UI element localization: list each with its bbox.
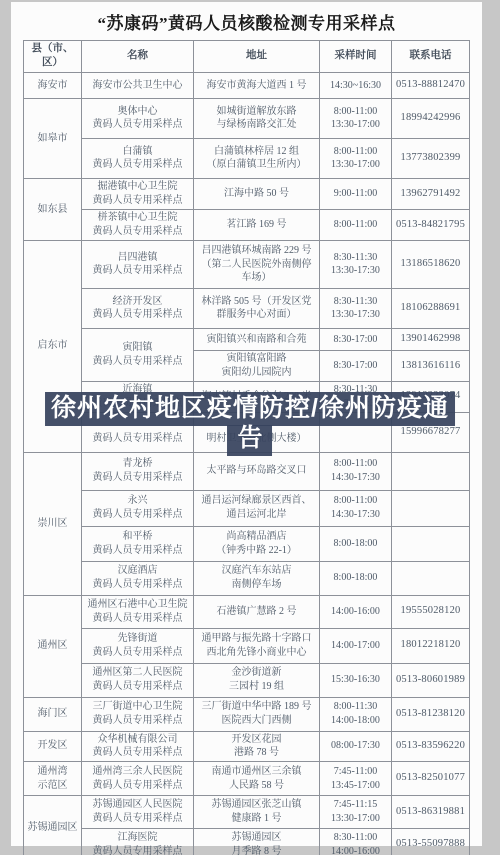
table-row: 海安市海安市公共卫生中心海安市黄海大道西 1 号14:30~16:300513-… — [24, 72, 470, 98]
time-cell: 8:30-11:3013:30-17:30 — [320, 240, 392, 288]
phone-cell: 0513-81238120 — [392, 697, 470, 731]
time-cell: 8:00-11:00 — [320, 209, 392, 240]
watermark-banner: 徐州农村地区疫情防控/徐州防疫通 告 — [45, 392, 455, 456]
address-cell: 江海中路 50 号 — [194, 178, 320, 209]
table-row: 和平桥黄码人员专用采样点尚高精品酒店（钟秀中路 22-1）8:00-18:00 — [24, 526, 470, 561]
table-row: 通州区第二人民医院黄码人员专用采样点金沙街道新三园村 19 组15:30-16:… — [24, 663, 470, 697]
table-row: 栟茶镇中心卫生院黄码人员专用采样点茗江路 169 号8:00-11:000513… — [24, 209, 470, 240]
address-cell: 三厂街道中华中路 189 号医院西大门西侧 — [194, 697, 320, 731]
phone-cell: 0513-55097888 — [392, 829, 470, 855]
county-cell: 通州湾示范区 — [24, 762, 82, 796]
address-cell: 金沙街道新三园村 19 组 — [194, 663, 320, 697]
county-cell: 如皋市 — [24, 98, 82, 178]
table-body: 海安市海安市公共卫生中心海安市黄海大道西 1 号14:30~16:300513-… — [24, 72, 470, 855]
address-cell: 太平路与环岛路交叉口 — [194, 452, 320, 490]
address-cell: 南通市通州区三余镇人民路 58 号 — [194, 762, 320, 796]
address-cell: 石港镇广慧路 2 号 — [194, 595, 320, 628]
table-row: 先锋街道黄码人员专用采样点通甲路与振先路十字路口西北角先锋小商业中心14:00-… — [24, 628, 470, 663]
table-row: 永兴黄码人员专用采样点通吕运河绿廊景区西首、通吕运河北岸8:00-11:0014… — [24, 490, 470, 526]
phone-cell: 19555028120 — [392, 595, 470, 628]
phone-cell: 0513-84821795 — [392, 209, 470, 240]
watermark-text-line2: 告 — [227, 425, 272, 457]
time-cell: 8:30-11:0014:00-16:00 — [320, 829, 392, 855]
phone-cell: 13813616116 — [392, 350, 470, 381]
address-cell: 茗江路 169 号 — [194, 209, 320, 240]
table-row: 江海医院黄码人员专用采样点苏锡通园区月季路 8 号8:30-11:0014:00… — [24, 829, 470, 855]
phone-cell — [392, 490, 470, 526]
site-name-cell: 奥体中心黄码人员专用采样点 — [82, 98, 194, 138]
page-title: “苏康码”黄码人员核酸检测专用采样点 — [11, 9, 482, 34]
table-row: 汉庭酒店黄码人员专用采样点汉庭汽车东站店南侧停车场8:00-18:00 — [24, 561, 470, 595]
phone-cell: 13901462998 — [392, 328, 470, 350]
address-cell: 通吕运河绿廊景区西首、通吕运河北岸 — [194, 490, 320, 526]
time-cell: 8:30-11:3013:30-17:30 — [320, 288, 392, 328]
address-cell: 尚高精品酒店（钟秀中路 22-1） — [194, 526, 320, 561]
time-cell: 8:00-11:0013:30-17:00 — [320, 138, 392, 178]
county-cell: 如东县 — [24, 178, 82, 240]
address-cell: 白蒲镇林梓居 12 组（原白蒲镇卫生所内） — [194, 138, 320, 178]
col-header-name: 名称 — [82, 41, 194, 73]
time-cell: 8:00-18:00 — [320, 526, 392, 561]
site-name-cell: 通州湾三余人民医院黄码人员专用采样点 — [82, 762, 194, 796]
col-header-time: 采样时间 — [320, 41, 392, 73]
col-header-phone: 联系电话 — [392, 41, 470, 73]
site-name-cell: 海安市公共卫生中心 — [82, 72, 194, 98]
time-cell: 8:00-18:00 — [320, 561, 392, 595]
time-cell: 8:00-11:0014:30-17:30 — [320, 452, 392, 490]
time-cell: 15:30-16:30 — [320, 663, 392, 697]
time-cell: 7:45-11:0013:45-17:00 — [320, 762, 392, 796]
address-cell: 寅阳镇富阳路寅阳幼儿园院内 — [194, 350, 320, 381]
address-cell: 吕四港镇环城南路 229 号（第二人民医院外南侧停车场） — [194, 240, 320, 288]
table-row: 苏锡通园区苏锡通园区人民医院黄码人员专用采样点苏锡通园区张芝山镇健康路 1 号7… — [24, 796, 470, 829]
table-row: 白蒲镇黄码人员专用采样点白蒲镇林梓居 12 组（原白蒲镇卫生所内）8:00-11… — [24, 138, 470, 178]
time-cell: 7:45-11:1513:30-17:00 — [320, 796, 392, 829]
site-name-cell: 通州区第二人民医院黄码人员专用采样点 — [82, 663, 194, 697]
site-name-cell: 江海医院黄码人员专用采样点 — [82, 829, 194, 855]
time-cell: 08:00-17:30 — [320, 731, 392, 762]
table-row: 启东市吕四港镇黄码人员专用采样点吕四港镇环城南路 229 号（第二人民医院外南侧… — [24, 240, 470, 288]
site-name-cell: 先锋街道黄码人员专用采样点 — [82, 628, 194, 663]
phone-cell: 0513-88812470 — [392, 72, 470, 98]
address-cell: 林洋路 505 号（开发区党群服务中心对面） — [194, 288, 320, 328]
time-cell: 8:00-11:0013:30-17:00 — [320, 98, 392, 138]
address-cell: 汉庭汽车东站店南侧停车场 — [194, 561, 320, 595]
county-cell: 海门区 — [24, 697, 82, 731]
site-name-cell: 和平桥黄码人员专用采样点 — [82, 526, 194, 561]
county-cell: 苏锡通园区 — [24, 796, 82, 855]
phone-cell: 13773802399 — [392, 138, 470, 178]
table-header-row: 县（市、区） 名称 地址 采样时间 联系电话 — [24, 41, 470, 73]
phone-cell: 0513-83596220 — [392, 731, 470, 762]
site-name-cell: 吕四港镇黄码人员专用采样点 — [82, 240, 194, 288]
table-row: 寅阳镇黄码人员专用采样点寅阳镇兴和南路和合苑8:30-17:0013901462… — [24, 328, 470, 350]
time-cell: 8:00-11:3014:00-18:00 — [320, 697, 392, 731]
county-cell: 通州区 — [24, 595, 82, 697]
site-name-cell: 栟茶镇中心卫生院黄码人员专用采样点 — [82, 209, 194, 240]
table-row: 开发区众华机械有限公司黄码人员专用采样点开发区花园港路 78 号08:00-17… — [24, 731, 470, 762]
site-name-cell: 苏锡通园区人民医院黄码人员专用采样点 — [82, 796, 194, 829]
table-row: 如皋市奥体中心黄码人员专用采样点如城街道解放东路与绿杨南路交汇处8:00-11:… — [24, 98, 470, 138]
address-cell: 寅阳镇兴和南路和合苑 — [194, 328, 320, 350]
phone-cell: 13186518620 — [392, 240, 470, 288]
site-name-cell: 汉庭酒店黄码人员专用采样点 — [82, 561, 194, 595]
phone-cell: 18012218120 — [392, 628, 470, 663]
time-cell: 9:00-11:00 — [320, 178, 392, 209]
phone-cell: 18106288691 — [392, 288, 470, 328]
site-name-cell: 经济开发区黄码人员专用采样点 — [82, 288, 194, 328]
address-cell: 通甲路与振先路十字路口西北角先锋小商业中心 — [194, 628, 320, 663]
site-name-cell: 寅阳镇黄码人员专用采样点 — [82, 328, 194, 381]
table-row: 通州湾示范区通州湾三余人民医院黄码人员专用采样点南通市通州区三余镇人民路 58 … — [24, 762, 470, 796]
site-name-cell: 众华机械有限公司黄码人员专用采样点 — [82, 731, 194, 762]
table-row: 通州区通州区石港中心卫生院黄码人员专用采样点石港镇广慧路 2 号14:00-16… — [24, 595, 470, 628]
county-cell: 开发区 — [24, 731, 82, 762]
col-header-county: 县（市、区） — [24, 41, 82, 73]
address-cell: 海安市黄海大道西 1 号 — [194, 72, 320, 98]
phone-cell: 0513-86319881 — [392, 796, 470, 829]
address-cell: 开发区花园港路 78 号 — [194, 731, 320, 762]
site-name-cell: 青龙桥黄码人员专用采样点 — [82, 452, 194, 490]
time-cell: 8:00-11:0014:30-17:30 — [320, 490, 392, 526]
phone-cell: 13962791492 — [392, 178, 470, 209]
county-cell: 海安市 — [24, 72, 82, 98]
phone-cell — [392, 561, 470, 595]
table-row: 海门区三厂街道中心卫生院黄码人员专用采样点三厂街道中华中路 189 号医院西大门… — [24, 697, 470, 731]
site-name-cell: 白蒲镇黄码人员专用采样点 — [82, 138, 194, 178]
address-cell: 苏锡通园区张芝山镇健康路 1 号 — [194, 796, 320, 829]
site-name-cell: 掘港镇中心卫生院黄码人员专用采样点 — [82, 178, 194, 209]
watermark-text-line1: 徐州农村地区疫情防控/徐州防疫通 — [45, 392, 455, 426]
address-cell: 苏锡通园区月季路 8 号 — [194, 829, 320, 855]
phone-cell: 0513-80601989 — [392, 663, 470, 697]
table-row: 如东县掘港镇中心卫生院黄码人员专用采样点江海中路 50 号9:00-11:001… — [24, 178, 470, 209]
site-name-cell: 永兴黄码人员专用采样点 — [82, 490, 194, 526]
site-name-cell: 三厂街道中心卫生院黄码人员专用采样点 — [82, 697, 194, 731]
time-cell: 14:00-17:00 — [320, 628, 392, 663]
site-name-cell: 通州区石港中心卫生院黄码人员专用采样点 — [82, 595, 194, 628]
table-row: 崇川区青龙桥黄码人员专用采样点太平路与环岛路交叉口8:00-11:0014:30… — [24, 452, 470, 490]
time-cell: 8:30-17:00 — [320, 350, 392, 381]
address-cell: 如城街道解放东路与绿杨南路交汇处 — [194, 98, 320, 138]
time-cell: 14:00-16:00 — [320, 595, 392, 628]
table-row: 经济开发区黄码人员专用采样点林洋路 505 号（开发区党群服务中心对面）8:30… — [24, 288, 470, 328]
col-header-address: 地址 — [194, 41, 320, 73]
time-cell: 8:30-17:00 — [320, 328, 392, 350]
county-cell: 崇川区 — [24, 452, 82, 595]
phone-cell — [392, 526, 470, 561]
phone-cell: 0513-82501077 — [392, 762, 470, 796]
phone-cell — [392, 452, 470, 490]
phone-cell: 18994242996 — [392, 98, 470, 138]
time-cell: 14:30~16:30 — [320, 72, 392, 98]
